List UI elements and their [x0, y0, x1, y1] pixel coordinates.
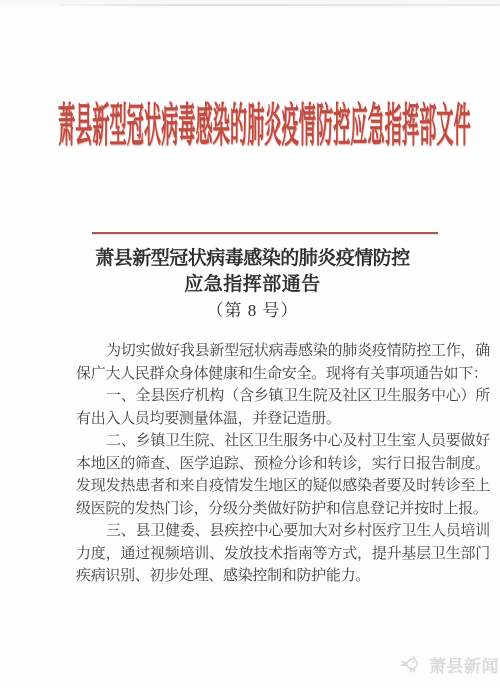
- news-site-watermark: 萧县新闻网: [398, 651, 500, 677]
- red-divider-line: [92, 232, 438, 234]
- body-paragraph-item3: 三、县卫健委、县疾控中心要加大对乡村医疗卫生人员培训力度，通过视频培训、发放技术…: [76, 520, 490, 588]
- document-number: （第 8 号）: [5, 298, 500, 323]
- body-paragraph-item2: 二、乡镇卫生院、社区卫生服务中心及村卫生室人员要做好本地区的筛查、医学追踪、预检…: [76, 430, 490, 520]
- letterhead-banner-title: 萧县新型冠状病毒感染的肺炎疫情防控应急指挥部文件: [58, 103, 472, 149]
- news-site-name: 萧县新闻网: [429, 652, 500, 677]
- document-title-line1: 萧县新型冠状病毒感染的肺炎疫情防控: [5, 245, 500, 272]
- body-paragraph-item1: 一、全县医疗机构（含乡镇卫生院及社区卫生服务中心）所有出入人员均要测量体温，并登…: [76, 385, 490, 430]
- body-paragraph-intro: 为切实做好我县新型冠状病毒感染的肺炎疫情防控工作，确保广大人民群众身体健康和生命…: [76, 340, 490, 385]
- document-title-line2: 应急指挥部通告: [5, 272, 500, 298]
- document-title: 萧县新型冠状病毒感染的肺炎疫情防控 应急指挥部通告 （第 8 号）: [0, 245, 500, 323]
- document-page: 萧县新型冠状病毒感染的肺炎疫情防控应急指挥部文件 萧县新型冠状病毒感染的肺炎疫情…: [0, 0, 500, 688]
- news-logo-icon: [398, 651, 424, 677]
- document-body: 为切实做好我县新型冠状病毒感染的肺炎疫情防控工作，确保广大人民群众身体健康和生命…: [76, 340, 490, 588]
- scan-edge-line: [60, 4, 500, 6]
